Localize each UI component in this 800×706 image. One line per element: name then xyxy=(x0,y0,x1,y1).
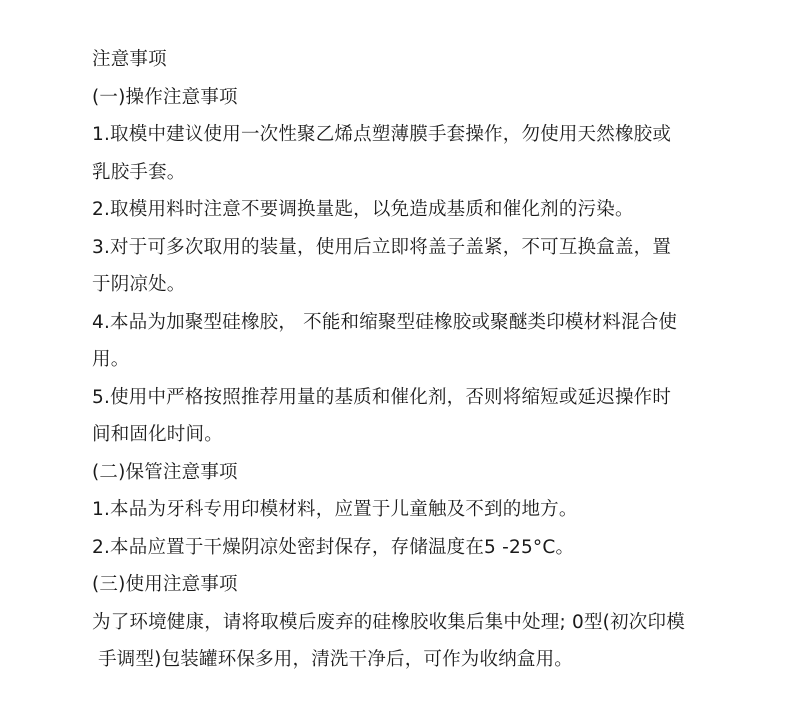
paragraph-line: 1.取模中建议使用一次性聚乙烯点塑薄膜手套操作，勿使用天然橡胶或 xyxy=(92,123,671,147)
paragraph-line: 乳胶手套。 xyxy=(92,161,186,185)
paragraph-line: 1.本品为牙科专用印模材料，应置于儿童触及不到的地方。 xyxy=(92,498,578,522)
paragraph-line: 于阴凉处。 xyxy=(92,273,186,297)
section-heading-storage: (二)保管注意事项 xyxy=(92,461,238,485)
paragraph-line: 3.对于可多次取用的装量，使用后立即将盖子盖紧，不可互换盒盖，置 xyxy=(92,236,671,260)
paragraph-line: 2.本品应置于干燥阴凉处密封保存，存储温度在5 -25°C。 xyxy=(92,536,574,560)
paragraph-line: 间和固化时间。 xyxy=(92,423,223,447)
paragraph-line: 为了环境健康，请将取模后废弃的硅橡胶收集后集中处理; 0型(初次印模 xyxy=(92,611,685,635)
document-title: 注意事项 xyxy=(92,48,167,72)
paragraph-line: 2.取模用料时注意不要调换量匙，以免造成基质和催化剂的污染。 xyxy=(92,198,634,222)
section-heading-operation: (一)操作注意事项 xyxy=(92,86,238,110)
paragraph-line: 用。 xyxy=(92,348,129,372)
section-heading-usage: (三)使用注意事项 xyxy=(92,573,238,597)
paragraph-line: 4.本品为加聚型硅橡胶， 不能和缩聚型硅橡胶或聚醚类印模材料混合使 xyxy=(92,311,677,335)
paragraph-line: 手调型)包装罐环保多用，清洗干净后，可作为收纳盒用。 xyxy=(92,648,573,672)
paragraph-line: 5.使用中严格按照推荐用量的基质和催化剂，否则将缩短或延迟操作时 xyxy=(92,386,671,410)
